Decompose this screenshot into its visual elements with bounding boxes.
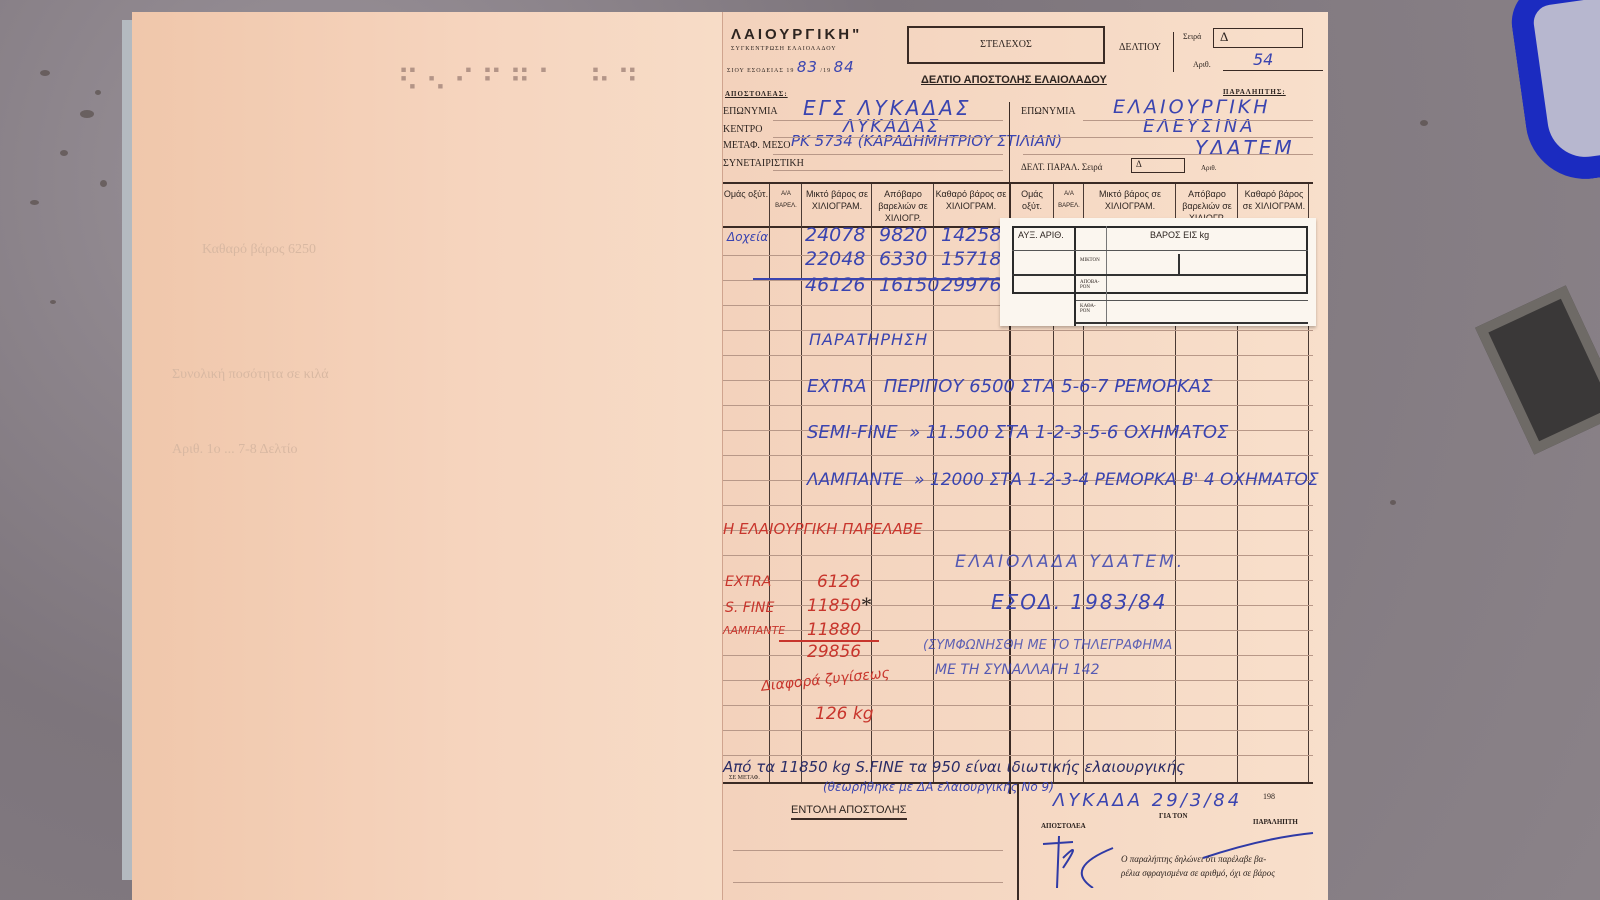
- col-header-barrel-no-2: Α/Α ΒΑΡΕΛ.: [1055, 188, 1083, 212]
- order-label: ΕΝΤΟΛΗ ΑΠΟΣΤΟΛΗΣ: [791, 804, 907, 820]
- stamp-line-2: ΕΣΟΔ. 1983/84: [991, 590, 1168, 614]
- remarks-title: ΠΑΡΑΤΗΡΗΣΗ: [809, 330, 928, 349]
- net-total: 29976: [941, 274, 1001, 296]
- receiver-slip-number-label: Αριθ.: [1201, 164, 1217, 172]
- season-line: ΣΙΟΥ ΕΣΟΔΕΙΑΣ 19 83 /19 84: [727, 58, 855, 76]
- org-title: ΛΑΙΟΥΡΓΙΚΗ": [731, 26, 862, 43]
- sender-vehicle-value: ΡΚ 5734 (ΚΑΡΑΔΗΜΗΤΡΙΟΥ ΣΤΙΛΙΑΝ): [791, 132, 1062, 150]
- received-value-3: 11880: [807, 620, 861, 640]
- deltiou-label: ΔΕΛΤΙΟΥ: [1119, 42, 1161, 53]
- declaration-line-1: Ο παραλήπτης δηλώνει ότι παρέλαβε βα-: [1121, 854, 1266, 864]
- transport-label: ΣΕ ΜΕΤΑΦ.: [729, 774, 760, 782]
- stamp-line-4: ΜΕ ΤΗ ΣΥΝΑΛΛΑΓΗ 142: [935, 662, 1100, 678]
- received-total: 29856: [807, 642, 861, 662]
- remark-text-1: ΠΕΡΙΠΟΥ 6500 ΣΤΑ 5-6-7 ΡΕΜΟΡΚΑΣ: [884, 376, 1213, 397]
- blue-object: [1507, 0, 1600, 187]
- received-value-1: 6126: [817, 572, 860, 592]
- tare-total: 16150: [879, 274, 939, 296]
- received-grade-2: S. FINE: [725, 600, 774, 616]
- stamp-line-1: ΕΛΑΙΟΛΑΔΑ ΥΔΑΤΕΜ.: [955, 552, 1185, 572]
- year-prefix: 198: [1263, 792, 1275, 801]
- remark-grade-1: EXTRA: [807, 376, 867, 397]
- number-value: 54: [1253, 50, 1273, 69]
- number-label: Αριθ.: [1193, 60, 1211, 69]
- series-box: Δ: [1213, 28, 1303, 48]
- weigh-ticket: ΑΥΞ. ΑΡΙΘ. ΒΑΡΟΣ ΕΙΣ kg ΜΙΚΤΟΝ ΑΠΟΒΑ-ΡΟΝ…: [1000, 218, 1316, 326]
- ticket-serial-label: ΑΥΞ. ΑΡΙΘ.: [1018, 230, 1064, 240]
- net-row-1: 14258: [941, 224, 1001, 246]
- left-page: ⠫⠢⠊⠋⠛⠁ ⠓⠙ Καθαρό βάρος 6250 Συνολική ποσ…: [132, 12, 724, 900]
- remark-text-2: » 11.500 ΣΤΑ 1-2-3-5-6 ΟΧΗΜΑΤΟΣ: [909, 422, 1228, 443]
- receiver-section-label: ΠΑΡΑΛΗΠΤΗΣ:: [1223, 88, 1286, 96]
- received-value-2: 11850: [807, 596, 861, 616]
- shipment-form: ΛΑΙΟΥΡΓΙΚΗ" ΣΥΓΚΕΝΤΡΩΣΗ ΕΛΑΙΟΛΑΔΟΥ ΣΙΟΥ …: [722, 12, 1328, 900]
- footer-note-line-1: Από τα 11850 kg S.FINE τα 950 είναι ιδιω…: [723, 758, 1185, 776]
- org-subtitle: ΣΥΓΚΕΝΤΡΩΣΗ ΕΛΑΙΟΛΑΔΟΥ: [731, 46, 837, 52]
- season-year-to: 84: [834, 58, 855, 76]
- document-title: ΔΕΛΤΙΟ ΑΠΟΣΤΟΛΗΣ ΕΛΑΙΟΛΑΔΟΥ: [921, 74, 1107, 86]
- difference-value: 126 kg: [815, 704, 874, 724]
- series-value: Δ: [1220, 29, 1228, 44]
- receiver-slip-label: ΔΕΛΤ. ΠΑΡΑΛ. Σειρά: [1021, 162, 1103, 172]
- col-header-gross: Μικτό βάρος σε ΧΙΛΙΟΓΡΑΜ.: [803, 188, 871, 212]
- remark-line-2: SEMI-FINE » 11.500 ΣΤΑ 1-2-3-5-6 ΟΧΗΜΑΤΟ…: [807, 422, 1228, 443]
- season-year-from: 83: [797, 58, 818, 76]
- stamp-line-3: (ΣΥΜΦΩΝΗΣΘΗ ΜΕ ΤΟ ΤΗΛΕΓΡΑΦΗΜΑ: [923, 638, 1172, 653]
- col-header-barrel-no: Α/Α ΒΑΡΕΛ.: [771, 188, 801, 212]
- signed-place-date: ΛΥΚΑΔΑ 29/3/84: [1053, 790, 1242, 811]
- dark-object: [1475, 285, 1600, 454]
- stelexos-box: ΣΤΕΛΕΧΟΣ: [907, 26, 1105, 64]
- received-grade-1: EXTRA: [725, 574, 771, 590]
- col-header-acidity-2: Ομάς οξύτ.: [1011, 188, 1053, 212]
- remark-line-3: ΛΑΜΠΑΝΤΕ » 12000 ΣΤΑ 1-2-3-4 ΡΕΜΟΡΚΑ Β' …: [807, 470, 1319, 490]
- receiver-slip-series: Δ: [1136, 159, 1142, 169]
- remark-grade-3: ΛΑΜΠΑΝΤΕ: [807, 470, 903, 490]
- declaration-line-2: ρέλια σφραγισμένα σε αριθμό, όχι σε βάρο…: [1121, 868, 1275, 878]
- ticket-tare-label: ΑΠΟΒΑ-ΡΟΝ: [1080, 280, 1104, 290]
- net-row-2: 15718: [941, 248, 1001, 270]
- col-header-acidity: Ομάς οξύτ.: [723, 188, 769, 200]
- remark-text-3: » 12000 ΣΤΑ 1-2-3-4 ΡΕΜΟΡΚΑ Β' 4 ΟΧΗΜΑΤΟ…: [914, 470, 1319, 490]
- receiver-line3-value: ΥΔΑΤΕΜ: [1195, 136, 1295, 160]
- gross-row-1: 24078: [805, 224, 865, 246]
- for-label: ΓΙΑ ΤΟΝ: [1159, 812, 1188, 820]
- receiver-sign-label: ΠΑΡΑΛΗΠΤΗ: [1253, 818, 1298, 826]
- ghost-text-3: Αριθ. 1ο ... 7-8 Δελτίο: [172, 442, 298, 458]
- sender-section-label: ΑΠΟΣΤΟΛΕΑΣ:: [725, 90, 788, 98]
- gross-total: 46126: [805, 274, 865, 296]
- season-label: ΣΙΟΥ ΕΣΟΔΕΙΑΣ 19: [727, 68, 794, 74]
- sender-vehicle-label: ΜΕΤΑΦ. ΜΕΣΟ: [723, 140, 790, 151]
- receiver-name-label: ΕΠΩΝΥΜΙΑ: [1021, 106, 1076, 117]
- tare-row-2: 6330: [879, 248, 927, 270]
- sender-name-label: ΕΠΩΝΥΜΙΑ: [723, 106, 778, 117]
- cooperative-label: ΣΥΝΕΤΑΙΡΙΣΤΙΚΗ: [723, 158, 804, 169]
- footer-note-line-2: (θεωρήθηκε με ΔΑ ελαιουργικής Νο 9): [823, 780, 1054, 794]
- weights-row-label: Δοχεία: [727, 230, 768, 244]
- col-header-tare: Απόβαρο βαρελιών σε ΧΙΛΙΟΓΡ.: [873, 188, 933, 224]
- ghost-text-2: Συνολική ποσότητα σε κιλά: [172, 367, 329, 383]
- ticket-gross-label: ΜΙΚΤΟΝ: [1080, 258, 1100, 263]
- asterisk-mark: *: [861, 592, 872, 618]
- col-header-net: Καθαρό βάρος σε ΧΙΛΙΟΓΡΑΜ.: [935, 188, 1007, 212]
- received-grade-3: ΛΑΜΠΑΝΤΕ: [723, 624, 785, 637]
- braille-perforation: ⠫⠢⠊⠋⠛⠁ ⠓⠙: [397, 64, 645, 99]
- receiver-name-value: ΕΛΑΙΟΥΡΓΙΚΗ: [1113, 96, 1271, 118]
- ticket-weight-label: ΒΑΡΟΣ ΕΙΣ kg: [1150, 230, 1209, 240]
- sender-center-label: ΚΕΝΤΡΟ: [723, 124, 762, 135]
- series-label: Σειρά: [1183, 32, 1201, 41]
- received-title: Η ΕΛΑΙΟΥΡΓΙΚΗ ΠΑΡΕΛΑΒΕ: [723, 520, 923, 538]
- remark-line-1: EXTRA ΠΕΡΙΠΟΥ 6500 ΣΤΑ 5-6-7 ΡΕΜΟΡΚΑΣ: [807, 376, 1212, 397]
- remark-grade-2: SEMI-FINE: [807, 422, 898, 443]
- gross-row-2: 22048: [805, 248, 865, 270]
- ticket-net-label: ΚΑΘΑ-ΡΟΝ: [1080, 304, 1104, 314]
- receiver-slip-series-box: Δ: [1131, 158, 1185, 173]
- col-header-net-2: Καθαρό βάρος σε ΧΙΛΙΟΓΡΑΜ.: [1239, 188, 1309, 212]
- ghost-text-1: Καθαρό βάρος 6250: [202, 242, 316, 258]
- col-header-gross-2: Μικτό βάρος σε ΧΙΛΙΟΓΡΑΜ.: [1085, 188, 1175, 212]
- tare-row-1: 9820: [879, 224, 927, 246]
